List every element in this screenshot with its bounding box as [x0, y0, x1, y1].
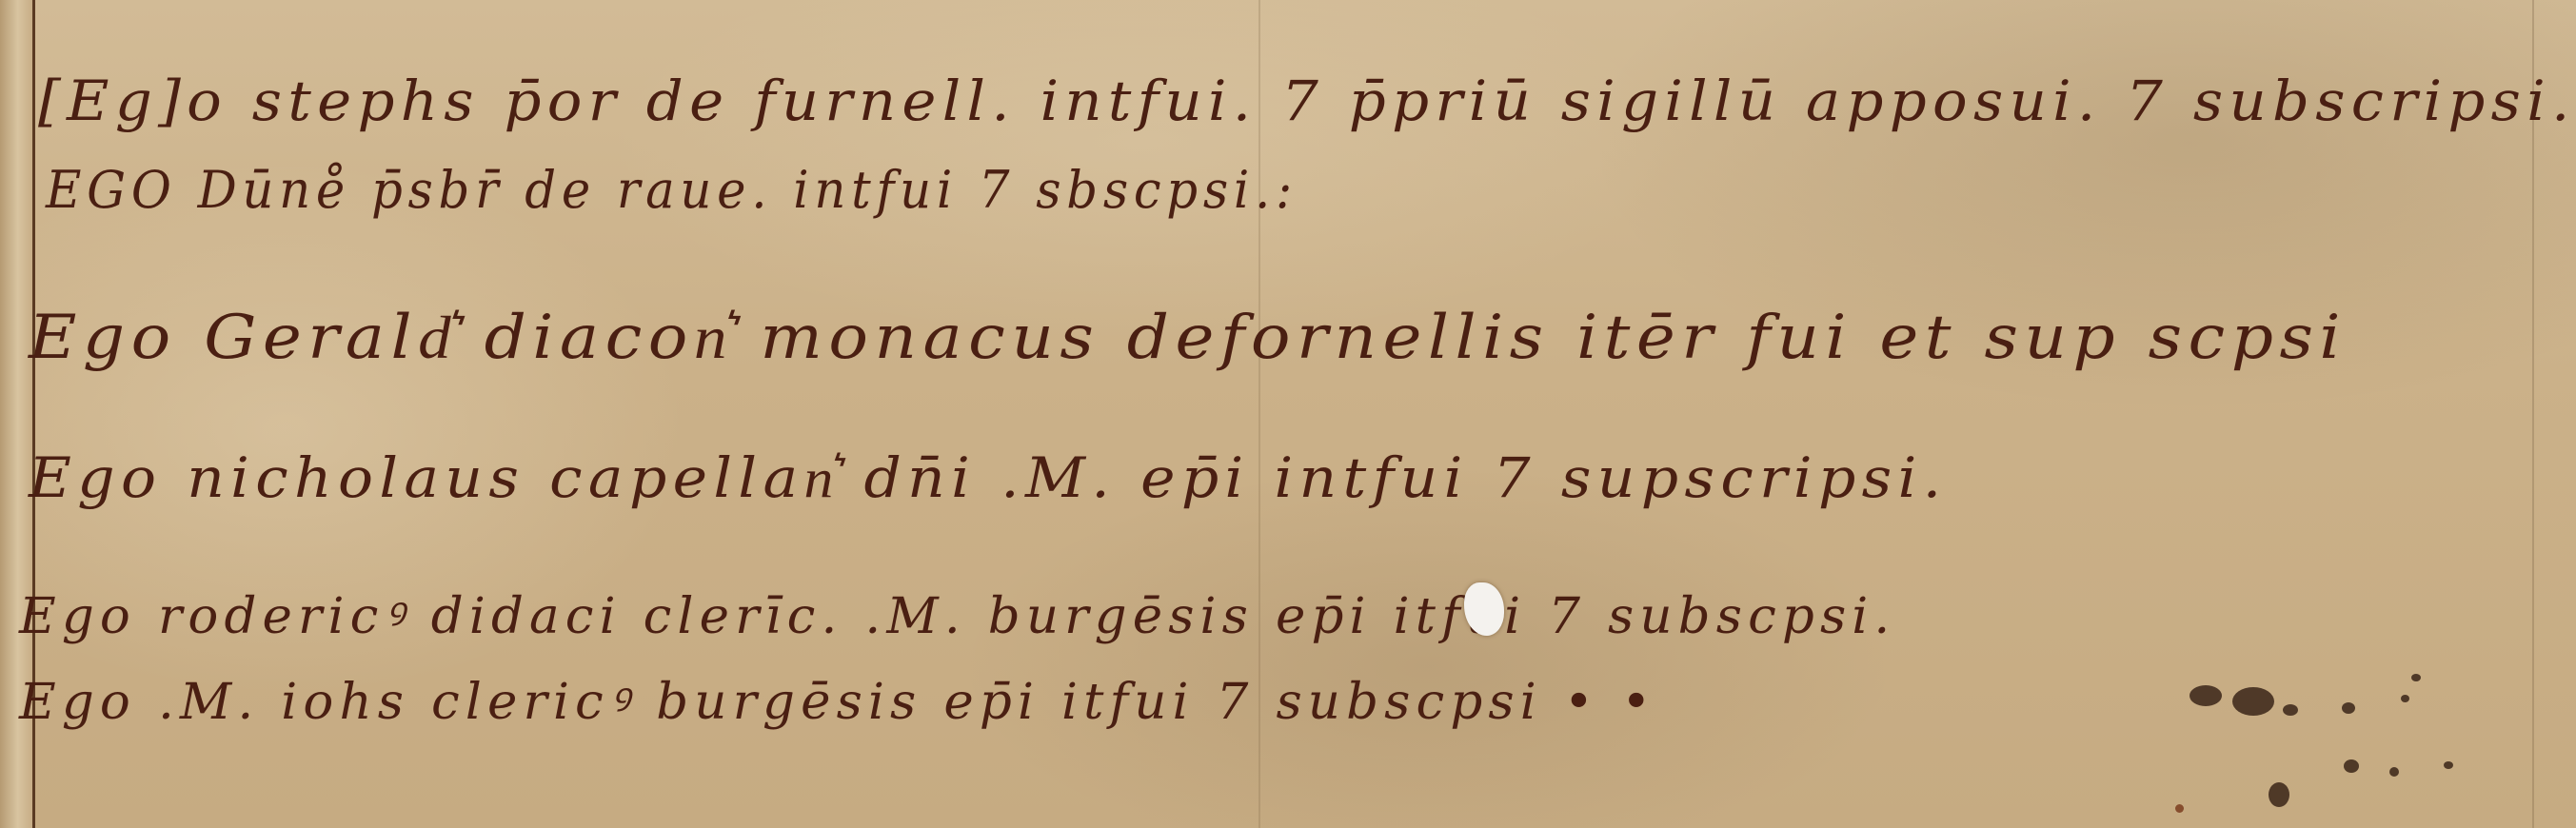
witness-line-2: EGO Dūne̊ p̄sbr̄ de raue. intfui 7 sbscp… [46, 160, 1298, 220]
witness-line-4: Ego nicholaus capellan͛ dn̄i .M. ep̄i in… [29, 445, 1948, 510]
witness-line-3: Ego Gerald͛ diacon͛ monacus defornellis … [29, 303, 2347, 373]
parchment-document: [Eg]o stephs p̄or de furnell. intfui. 7 … [0, 0, 2576, 828]
witness-line-6: Ego .M. iohs clericꝰ burgēsis ep̄i itfui… [19, 666, 1657, 734]
witness-line-1: [Eg]o stephs p̄or de furnell. intfui. 7 … [38, 69, 2576, 133]
witness-line-5: Ego rodericꝰ didaci clerīc. .M. burgēsis… [19, 581, 1895, 648]
